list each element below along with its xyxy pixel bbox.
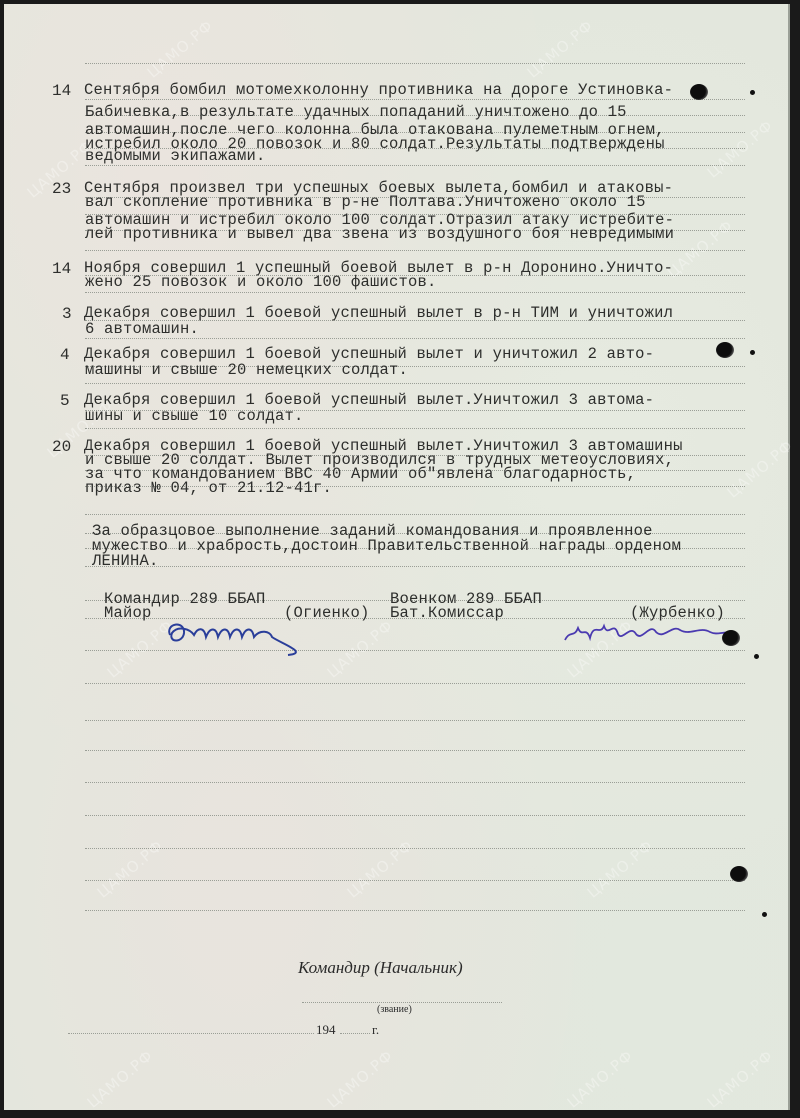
- ruled-line: [85, 63, 745, 64]
- speck: [762, 912, 767, 917]
- ruled-line: [85, 514, 745, 515]
- ruled-line: [85, 165, 745, 166]
- entry-day: 5: [60, 392, 70, 410]
- entry-day: 14: [52, 260, 71, 278]
- speck: [750, 350, 755, 355]
- entry-line: Декабря совершил 1 боевой успешный вылет…: [84, 392, 654, 408]
- entry-line: лей противника и вывел два звена из возд…: [85, 226, 674, 242]
- entry-day: 14: [52, 82, 71, 100]
- entry-line: 6 автомашин.: [85, 321, 199, 337]
- commander-signature: [160, 615, 330, 660]
- entry-line: Сентября бомбил мотомехколонну противник…: [84, 82, 673, 98]
- ruled-line: [85, 683, 745, 684]
- entry-line: Бабичевка,в результате удачных попаданий…: [85, 104, 627, 120]
- ruled-line: [85, 720, 745, 721]
- commander-label: Командир (Начальник): [298, 958, 463, 978]
- entry-line: Декабря совершил 1 боевой успешный вылет…: [84, 346, 654, 362]
- date-rule-2: [340, 1033, 370, 1034]
- ruled-line: [85, 750, 745, 751]
- punch-hole: [722, 630, 740, 646]
- conclusion-line-2: мужество и храбрость,достоин Правительст…: [92, 538, 681, 554]
- entry-line: ведомыми экипажами.: [85, 148, 266, 164]
- ruled-line: [85, 99, 745, 100]
- ruled-line: [85, 292, 745, 293]
- ruled-line: [85, 250, 745, 251]
- punch-hole: [690, 84, 708, 100]
- conclusion-line-3: ЛЕНИНА.: [92, 553, 159, 569]
- punch-hole: [730, 866, 748, 882]
- ruled-line: [85, 910, 745, 911]
- date-suffix: г.: [372, 1022, 379, 1038]
- entry-line: Декабря совершил 1 боевой успешный вылет…: [84, 305, 673, 321]
- page-edge: [788, 4, 790, 1110]
- entry-line: жено 25 повозок и около 100 фашистов.: [85, 274, 437, 290]
- entry-day: 3: [62, 305, 72, 323]
- speck: [750, 90, 755, 95]
- ruled-line: [85, 848, 745, 849]
- rank-rule: [302, 1002, 502, 1003]
- ruled-line: [85, 338, 745, 339]
- commissar-rank: Бат.Комиссар: [390, 605, 504, 621]
- entry-line: приказ № 04, от 21.12-41г.: [85, 480, 332, 496]
- date-year: 194: [316, 1022, 336, 1038]
- ruled-line: [85, 815, 745, 816]
- ruled-line: [85, 428, 745, 429]
- speck: [754, 654, 759, 659]
- entry-line: вал скопление противника в р-не Полтава.…: [85, 194, 646, 210]
- date-rule: [68, 1033, 314, 1034]
- commissar-signature: [560, 612, 750, 647]
- entry-day: 23: [52, 180, 71, 198]
- entry-line: шины и свыше 10 солдат.: [85, 408, 304, 424]
- punch-hole: [716, 342, 734, 358]
- entry-day: 4: [60, 346, 70, 364]
- ruled-line: [85, 566, 745, 567]
- entry-line: машины и свыше 20 немецких солдат.: [85, 362, 408, 378]
- ruled-line: [85, 383, 745, 384]
- ruled-line: [85, 880, 745, 881]
- ruled-line: [85, 782, 745, 783]
- commander-rank: Майор: [104, 605, 152, 621]
- entry-day: 20: [52, 438, 71, 456]
- rank-caption: (звание): [377, 1004, 412, 1015]
